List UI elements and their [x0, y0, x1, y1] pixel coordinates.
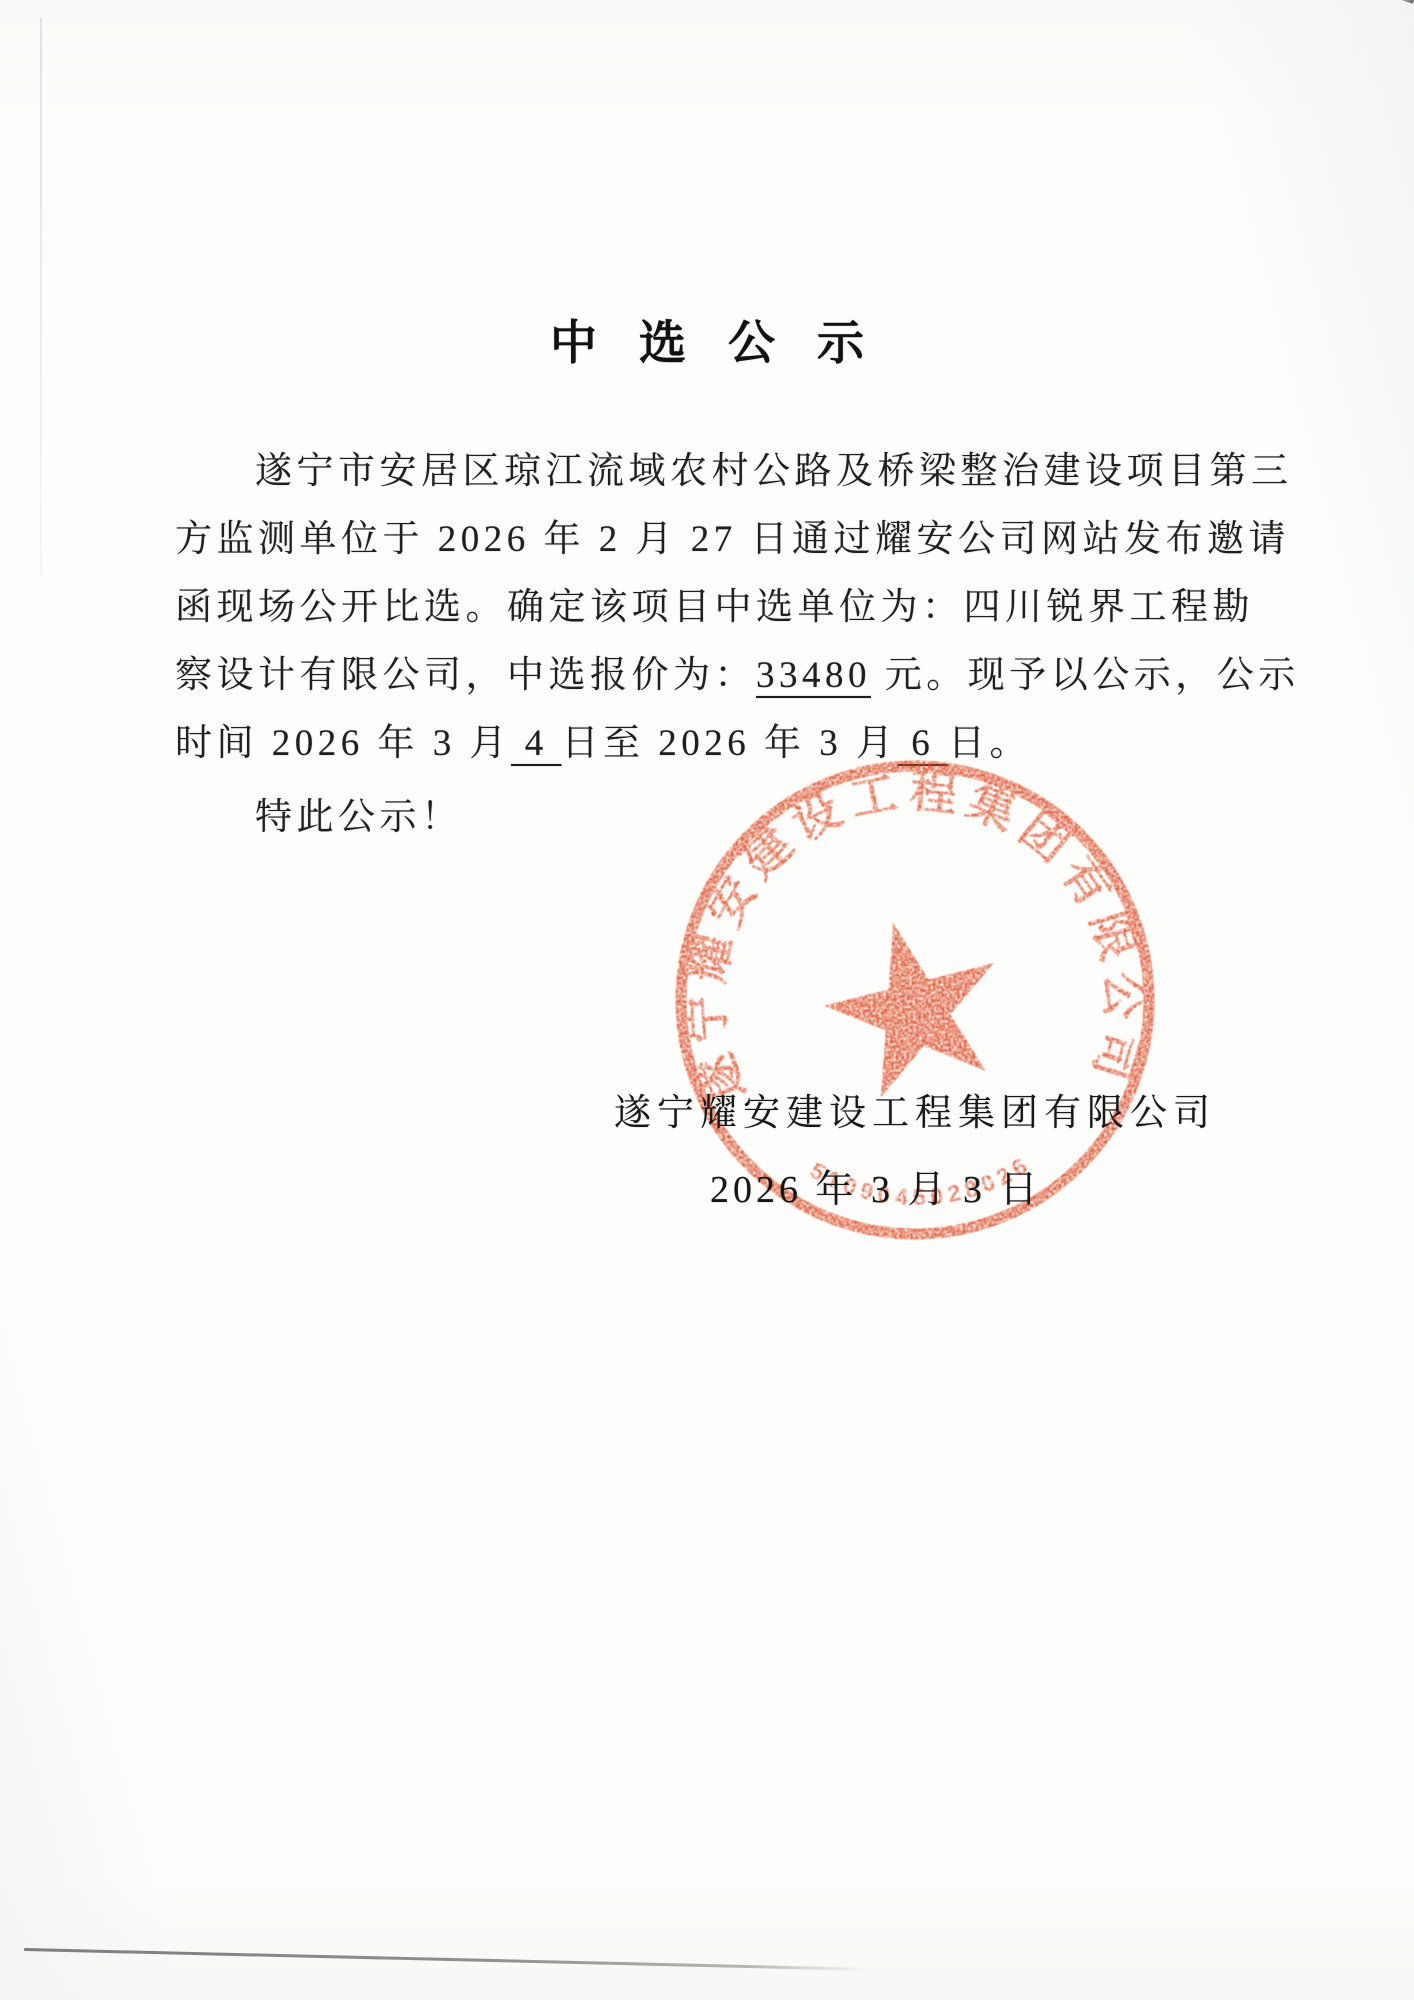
- text-line: 方监测单位于 2026 年 2 月 27 日通过耀安公司网站发布邀请: [175, 506, 1251, 574]
- text-line: 遂宁市安居区琼江流域农村公路及桥梁整治建设项目第三: [175, 438, 1251, 506]
- scan-edge-artifact-left: [40, 18, 42, 578]
- seal-star-icon: [808, 902, 1018, 1106]
- text-segment: 元。现予以公示，公示: [871, 655, 1300, 696]
- scan-corner-artifact: [1388, 0, 1414, 4]
- text-line: 函现场公开比选。确定该项目中选单位为：四川锐界工程勘: [175, 574, 1251, 642]
- scanned-announcement-page: 中选公示 遂宁市安居区琼江流域农村公路及桥梁整治建设项目第三方监测单位于 202…: [0, 0, 1414, 2000]
- scan-line-artifact: [24, 1948, 872, 1971]
- text-segment: 时间 2026 年 3 月: [175, 723, 511, 764]
- text-segment: 特此公示！: [255, 797, 463, 838]
- text-segment: 函现场公开比选。确定该项目中选单位为：四川锐界工程勘: [175, 587, 1254, 628]
- underlined-value: 33480: [756, 655, 871, 696]
- text-segment: 察设计有限公司，中选报价为：: [175, 655, 756, 696]
- signature-date: 2026 年 3 月 3 日: [710, 1158, 1042, 1213]
- document-title: 中选公示: [0, 306, 1414, 373]
- text-line: 察设计有限公司，中选报价为：33480 元。现予以公示，公示: [175, 642, 1251, 710]
- text-segment: 遂宁市安居区琼江流域农村公路及桥梁整治建设项目第三: [255, 451, 1293, 492]
- text-segment: 方监测单位于 2026 年 2 月 27 日通过耀安公司网站发布邀请: [175, 519, 1290, 560]
- signature-company: 遂宁耀安建设工程集团有限公司: [614, 1082, 1216, 1136]
- underlined-value: 4: [511, 723, 562, 764]
